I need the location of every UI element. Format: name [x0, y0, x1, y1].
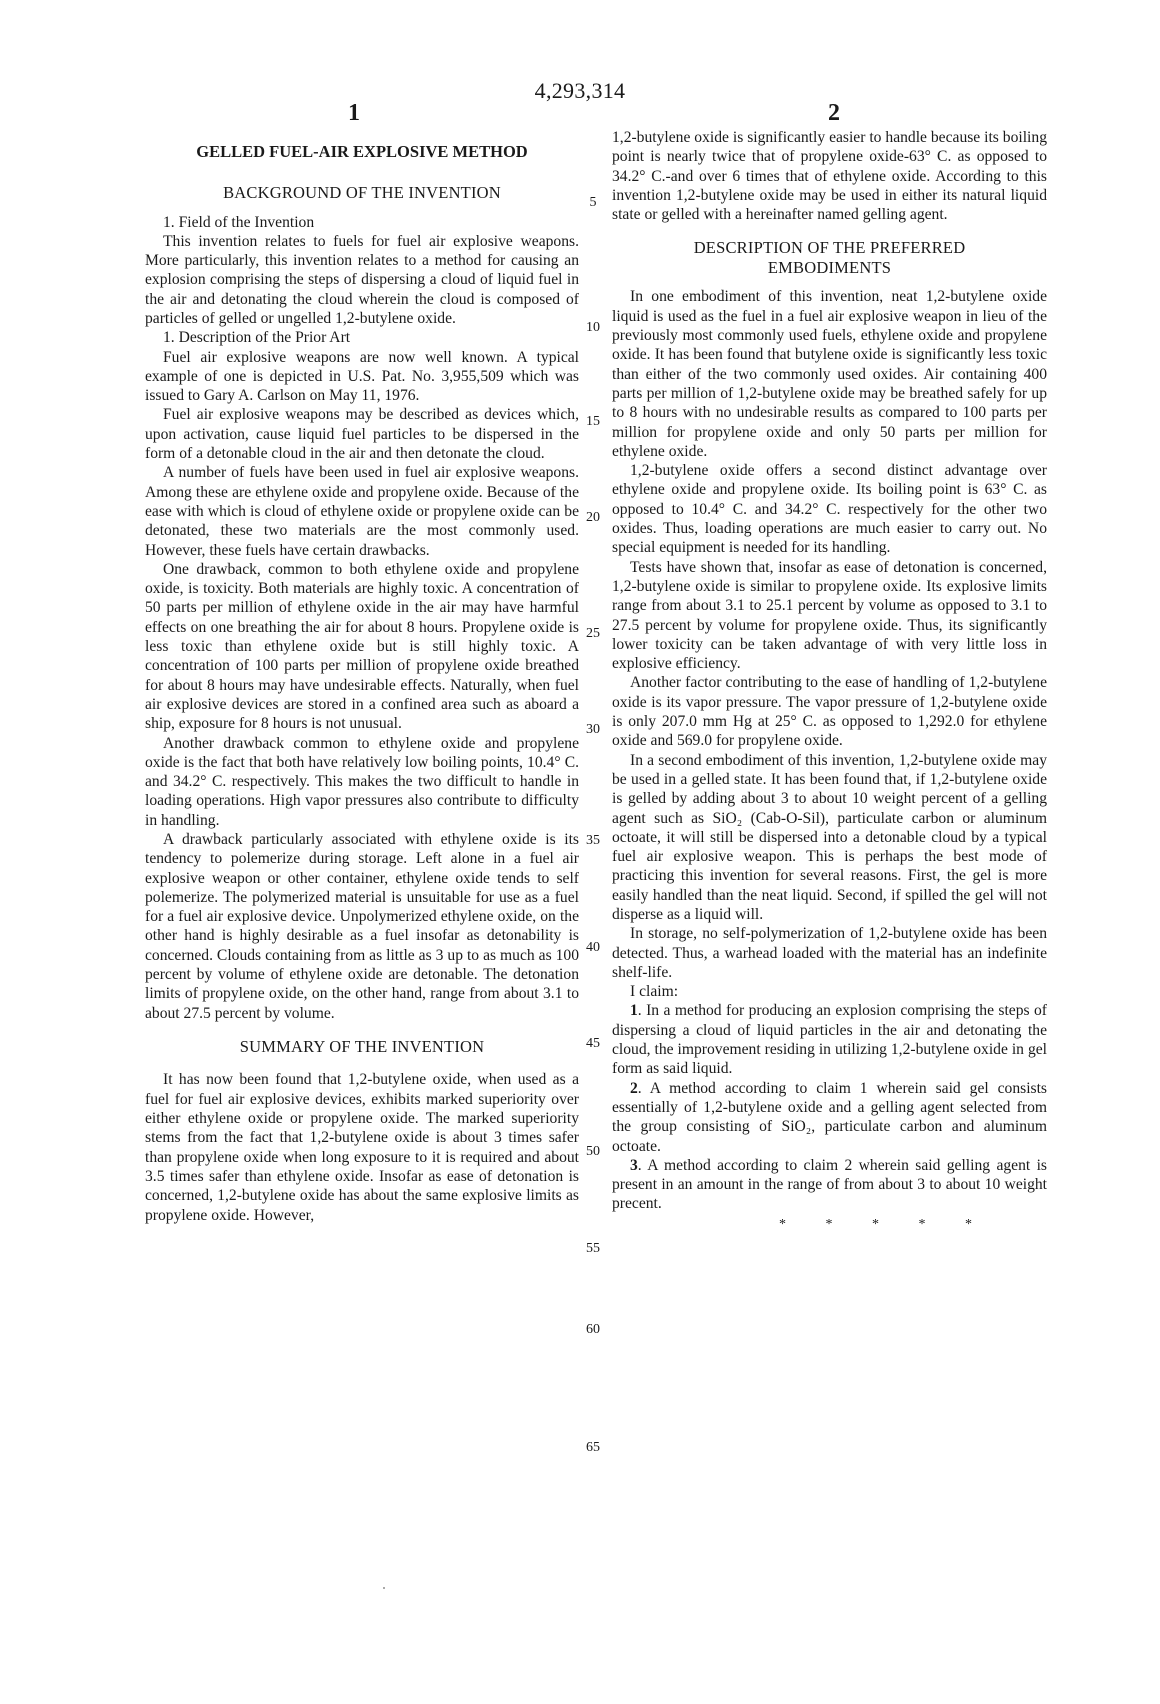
description-paragraph: In one embodiment of this invention, nea… [612, 287, 1047, 461]
continuation-paragraph: 1,2-butylene oxide is significantly easi… [612, 128, 1047, 224]
claim-number: 2 [630, 1080, 638, 1097]
claim-text: . A method according to claim 2 wherein … [612, 1157, 1047, 1213]
line-number: 35 [581, 833, 605, 849]
line-number: 40 [581, 940, 605, 956]
summary-paragraph: It has now been found that 1,2-butylene … [145, 1070, 579, 1224]
end-marker: * * * * * [612, 1215, 1047, 1234]
description-paragraph: 1,2-butylene oxide offers a second disti… [612, 461, 1047, 557]
description-paragraph: Tests have shown that, insofar as ease o… [612, 558, 1047, 674]
line-number: 20 [581, 510, 605, 526]
description-heading-line2: EMBODIMENTS [612, 258, 1047, 278]
prior-art-paragraph: Fuel air explosive weapons are now well … [145, 348, 579, 406]
prior-art-paragraph: Another drawback common to ethylene oxid… [145, 734, 579, 830]
prior-art-paragraph: A drawback particularly associated with … [145, 830, 579, 1023]
claim-number: 3 [630, 1157, 638, 1174]
line-number: 65 [581, 1440, 605, 1456]
prior-art-paragraph: Fuel air explosive weapons may be descri… [145, 405, 579, 463]
line-number: 30 [581, 722, 605, 738]
claims-intro: I claim: [612, 982, 1047, 1001]
field-subheading: 1. Field of the Invention [145, 213, 579, 232]
right-column: 1,2-butylene oxide is significantly easi… [612, 128, 1047, 1234]
claim-text: . A method according to claim 1 wherein … [612, 1080, 1047, 1155]
line-number: 25 [581, 626, 605, 642]
field-paragraph: This invention relates to fuels for fuel… [145, 232, 579, 328]
line-number: 50 [581, 1144, 605, 1160]
column-number-right: 2 [828, 100, 840, 127]
description-paragraph: In storage, no self-polymerization of 1,… [612, 924, 1047, 982]
prior-art-paragraph: A number of fuels have been used in fuel… [145, 463, 579, 559]
line-number: 45 [581, 1036, 605, 1052]
line-number: 60 [581, 1322, 605, 1338]
line-number: 55 [581, 1241, 605, 1257]
description-paragraph: Another factor contributing to the ease … [612, 673, 1047, 750]
prior-art-subheading: 1. Description of the Prior Art [145, 328, 579, 347]
scan-speck [383, 1587, 385, 1589]
claim-3: 3. A method according to claim 2 wherein… [612, 1156, 1047, 1214]
column-number-left: 1 [348, 100, 360, 127]
line-number: 10 [581, 320, 605, 336]
left-column: GELLED FUEL-AIR EXPLOSIVE METHOD BACKGRO… [145, 128, 579, 1225]
claim-2: 2. A method according to claim 1 wherein… [612, 1079, 1047, 1156]
patent-number: 4,293,314 [0, 78, 1160, 104]
line-number: 15 [581, 414, 605, 430]
document-title: GELLED FUEL-AIR EXPLOSIVE METHOD [145, 142, 579, 161]
claim-number: 1 [630, 1002, 638, 1019]
description-paragraph: In a second embodiment of this invention… [612, 751, 1047, 925]
line-number: 5 [581, 195, 605, 211]
summary-heading: SUMMARY OF THE INVENTION [145, 1037, 579, 1057]
claim-text: . In a method for producing an explosion… [612, 1002, 1047, 1077]
claim-1: 1. In a method for producing an explosio… [612, 1001, 1047, 1078]
background-heading: BACKGROUND OF THE INVENTION [145, 183, 579, 203]
description-heading-line1: DESCRIPTION OF THE PREFERRED [612, 238, 1047, 258]
prior-art-paragraph: One drawback, common to both ethylene ox… [145, 560, 579, 734]
